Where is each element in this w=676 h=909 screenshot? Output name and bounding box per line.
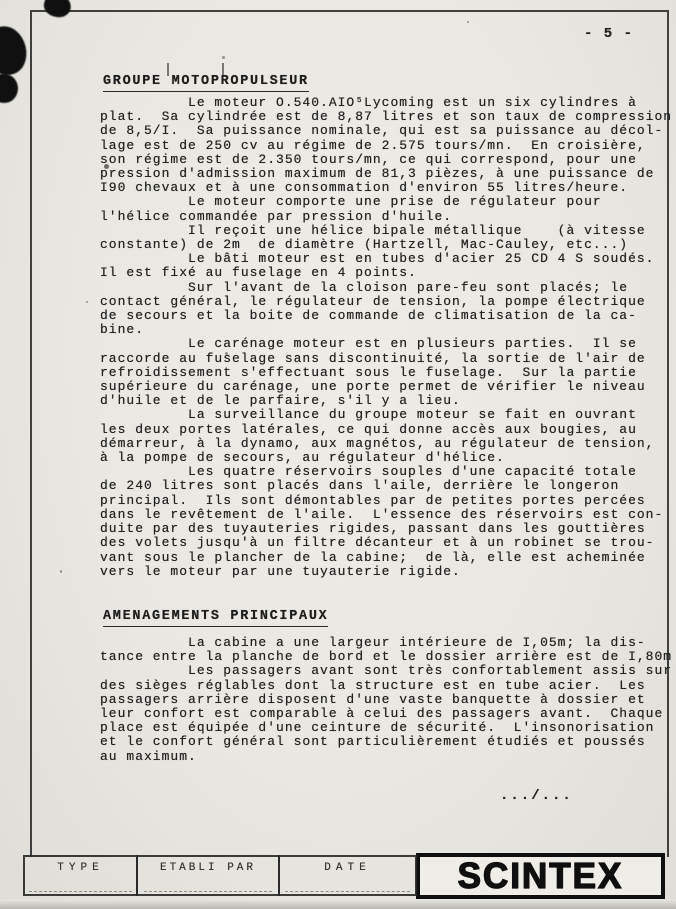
etabli-par-label: ETABLI PAR bbox=[138, 862, 278, 874]
scintex-logo: SCINTEX bbox=[458, 858, 624, 894]
continuation-mark: .../... bbox=[500, 789, 573, 803]
page-bottom-edge-shadow bbox=[0, 899, 676, 909]
section-heading-groupe-motopropulseur: GROUPE MOTOPROPULSEUR bbox=[103, 74, 309, 92]
date-label: DATE bbox=[280, 862, 415, 874]
page-number: - 5 - bbox=[584, 27, 634, 41]
write-in-line bbox=[285, 891, 409, 892]
title-block-cell-type: TYPE bbox=[23, 855, 138, 896]
title-block-cell-date: DATE bbox=[278, 855, 417, 896]
scan-speck bbox=[60, 570, 62, 573]
write-in-line bbox=[29, 891, 131, 892]
scan-speck bbox=[86, 301, 88, 303]
section-body-groupe-motopropulseur: Le moteur O.540.AIO⁵Lycoming est un six … bbox=[100, 96, 672, 579]
title-block-cell-etabli-par: ETABLI PAR bbox=[136, 855, 280, 896]
title-block-table: TYPE ETABLI PAR DATE SCINTEX bbox=[23, 855, 668, 896]
write-in-line bbox=[144, 891, 273, 892]
scan-speck bbox=[222, 56, 225, 59]
scan-speck bbox=[467, 21, 469, 23]
section-body-amenagements-principaux: La cabine a une largeur intérieure de I,… bbox=[100, 636, 672, 764]
scintex-logo-box: SCINTEX bbox=[416, 853, 665, 899]
section-heading-amenagements-principaux: AMENAGEMENTS PRINCIPAUX bbox=[103, 609, 328, 627]
type-label: TYPE bbox=[25, 862, 136, 874]
